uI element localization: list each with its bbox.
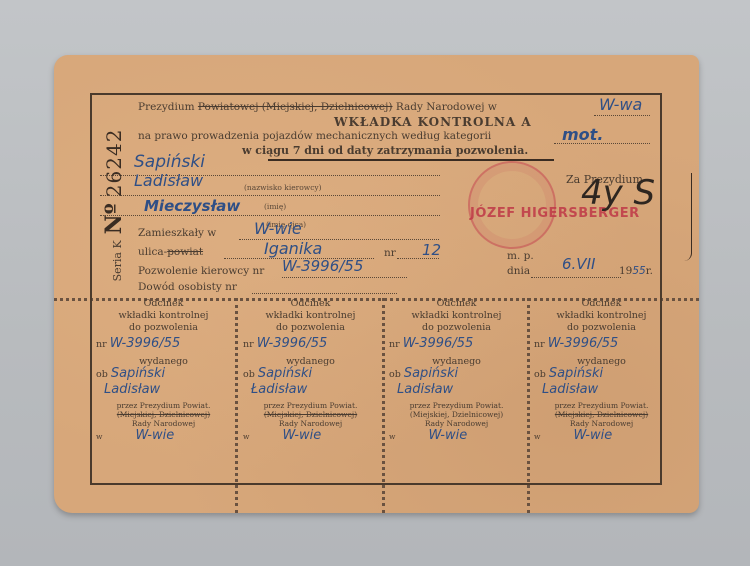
stub-title-1: Odcinek	[92, 298, 235, 309]
residence-value: W-wie	[254, 219, 302, 238]
stub-city-value: W-wie	[573, 428, 612, 443]
stub-3: Odcinek wkładki kontrolnej do pozwolenia…	[385, 298, 528, 445]
stub-by-3: Rady Narodowej	[530, 419, 673, 428]
year-value: 55	[632, 265, 645, 277]
stub-city-value: W-wie	[282, 428, 321, 443]
stub-surname-value: Sapiński	[549, 366, 603, 381]
stub-ob-label: ob	[243, 369, 255, 380]
stub-ob-row: ob Sapiński	[385, 366, 528, 381]
header-rady: Rady Narodowej w	[396, 101, 497, 113]
license-dots	[282, 277, 407, 278]
stub-by-3: Rady Narodowej	[92, 419, 235, 428]
stub-title-3: do pozwolenia	[239, 322, 382, 333]
stub-by-2: (Miejskiej, Dzielnicowej)	[385, 410, 528, 419]
header-city-value: W-wa	[599, 95, 642, 114]
header-line-4: w ciągu 7 dni od daty zatrzymania pozwol…	[242, 144, 528, 157]
stub-nr-value: W-3996/55	[257, 336, 328, 351]
stub-surname-value: Sapiński	[111, 366, 165, 381]
stub-title-2: wkładki kontrolnej	[92, 310, 235, 321]
stub-ob-label: ob	[534, 369, 546, 380]
street-value: Iganika	[264, 239, 322, 258]
signature-bracket	[682, 173, 692, 261]
id-dots	[252, 293, 397, 294]
stub-by-2: (Miejskiej, Dzielnicowej)	[530, 410, 673, 419]
stub-title-3: do pozwolenia	[385, 322, 528, 333]
official-stamp-seal	[468, 161, 556, 249]
stub-firstname-value: Ladisław	[92, 382, 235, 397]
stub-nr-label: nr	[96, 339, 107, 350]
stub-surname-value: Sapiński	[404, 366, 458, 381]
serial-series-label: Seria K	[111, 240, 124, 281]
signature: 4y S	[581, 173, 655, 213]
stub-nr-label: nr	[389, 339, 400, 350]
stub-w-label: w	[96, 432, 102, 441]
date-value: 6.VII	[562, 255, 595, 273]
header-line-1: Prezydium Powiatowej (Miejskiej, Dzielni…	[138, 101, 497, 113]
stub-city-row: w W-wie	[239, 428, 382, 443]
mp-label: m. p.	[507, 250, 534, 262]
stub-city-row: w W-wie	[530, 428, 673, 443]
stub-ob-label: ob	[389, 369, 401, 380]
stub-1: Odcinek wkładki kontrolnej do pozwolenia…	[92, 298, 235, 445]
stub-surname-value: Sapiński	[258, 366, 312, 381]
stub-w-label: w	[389, 432, 395, 441]
father-name-value: Mieczysław	[144, 197, 240, 215]
stub-title-1: Odcinek	[385, 298, 528, 309]
firstname-value: Ladisław	[134, 171, 203, 190]
stub-ob-row: ob Sapiński	[239, 366, 382, 381]
stub-title-1: Odcinek	[530, 298, 673, 309]
stub-ob-row: ob Sapiński	[530, 366, 673, 381]
street-label: ulica-powiat	[138, 246, 203, 258]
stub-by-1: przez Prezydium Powiat.	[239, 401, 382, 410]
residence-label: Zamieszkały w	[138, 227, 216, 239]
stub-nr-row: nr W-3996/55	[530, 336, 673, 351]
stub-title-1: Odcinek	[239, 298, 382, 309]
stub-nr-label: nr	[243, 339, 254, 350]
stub-city-row: w W-wie	[385, 428, 528, 443]
stub-nr-value: W-3996/55	[110, 336, 181, 351]
street-struck: powiat	[167, 246, 203, 258]
stub-4: Odcinek wkładki kontrolnej do pozwolenia…	[530, 298, 673, 445]
category-value: mot.	[562, 125, 603, 144]
serial-number-block: Seria K Nº 26242	[94, 115, 134, 295]
stub-nr-row: nr W-3996/55	[239, 336, 382, 351]
stub-nr-row: nr W-3996/55	[92, 336, 235, 351]
stub-by-1: przez Prezydium Powiat.	[92, 401, 235, 410]
stub-firstname-value: Ladisław	[530, 382, 673, 397]
header-prezydium: Prezydium	[138, 101, 195, 113]
stub-firstname-value: Ładisław	[239, 382, 382, 397]
stub-title-2: wkładki kontrolnej	[385, 310, 528, 321]
stub-2: Odcinek wkładki kontrolnej do pozwolenia…	[239, 298, 382, 445]
stub-by-1: przez Prezydium Powiat.	[530, 401, 673, 410]
stub-nr-value: W-3996/55	[548, 336, 619, 351]
header-city-dots	[594, 115, 650, 116]
license-label: Pozwolenie kierowcy nr	[138, 265, 264, 277]
firstname-caption: (imię)	[264, 202, 286, 211]
stub-by-2: (Miejskiej, Dzielnicowej)	[239, 410, 382, 419]
serial-no-label: Nº	[101, 203, 127, 234]
father-dots	[100, 215, 440, 216]
firstname-dots	[100, 195, 440, 196]
stub-nr-row: nr W-3996/55	[385, 336, 528, 351]
year-label: 1955r.	[619, 265, 653, 277]
stub-nr-label: nr	[534, 339, 545, 350]
stub-title-2: wkładki kontrolnej	[239, 310, 382, 321]
serial-number: 26242	[102, 129, 126, 198]
stub-firstname-value: Ladisław	[385, 382, 528, 397]
stub-ob-label: ob	[96, 369, 108, 380]
street-text: ulica	[138, 246, 164, 258]
stub-by-3: Rady Narodowej	[385, 419, 528, 428]
surname-caption: (nazwisko kierowcy)	[244, 183, 322, 192]
stub-city-value: W-wie	[428, 428, 467, 443]
date-label: dnia	[507, 265, 530, 277]
stub-title-3: do pozwolenia	[92, 322, 235, 333]
stub-city-row: w W-wie	[92, 428, 235, 443]
stub-city-value: W-wie	[135, 428, 174, 443]
year-suffix: r.	[646, 265, 653, 277]
header-line-3: na prawo prowadzenia pojazdów mechaniczn…	[138, 130, 491, 142]
stub-w-label: w	[243, 432, 249, 441]
stub-title-2: wkładki kontrolnej	[530, 310, 673, 321]
date-dots	[531, 277, 621, 278]
header-struck-text: Powiatowej (Miejskiej, Dzielnicowej)	[198, 101, 393, 113]
stub-by-1: przez Prezydium Powiat.	[385, 401, 528, 410]
house-nr-label: nr	[384, 247, 396, 259]
house-nr-dots	[397, 258, 439, 259]
stub-w-label: w	[534, 432, 540, 441]
license-value: W-3996/55	[282, 257, 363, 275]
stub-nr-value: W-3996/55	[403, 336, 474, 351]
house-nr-value: 12	[422, 241, 441, 259]
stub-by-2: (Miejskiej, Dzielnicowej)	[92, 410, 235, 419]
permit-card: Seria K Nº 26242 Prezydium Powiatowej (M…	[54, 55, 699, 513]
stub-ob-row: ob Sapiński	[92, 366, 235, 381]
document-title: WKŁADKA KONTROLNA A	[334, 115, 532, 129]
surname-value: Sapiński	[134, 152, 205, 172]
stub-title-3: do pozwolenia	[530, 322, 673, 333]
id-label: Dowód osobisty nr	[138, 281, 237, 293]
stub-by-3: Rady Narodowej	[239, 419, 382, 428]
year-prefix: 19	[619, 265, 632, 277]
